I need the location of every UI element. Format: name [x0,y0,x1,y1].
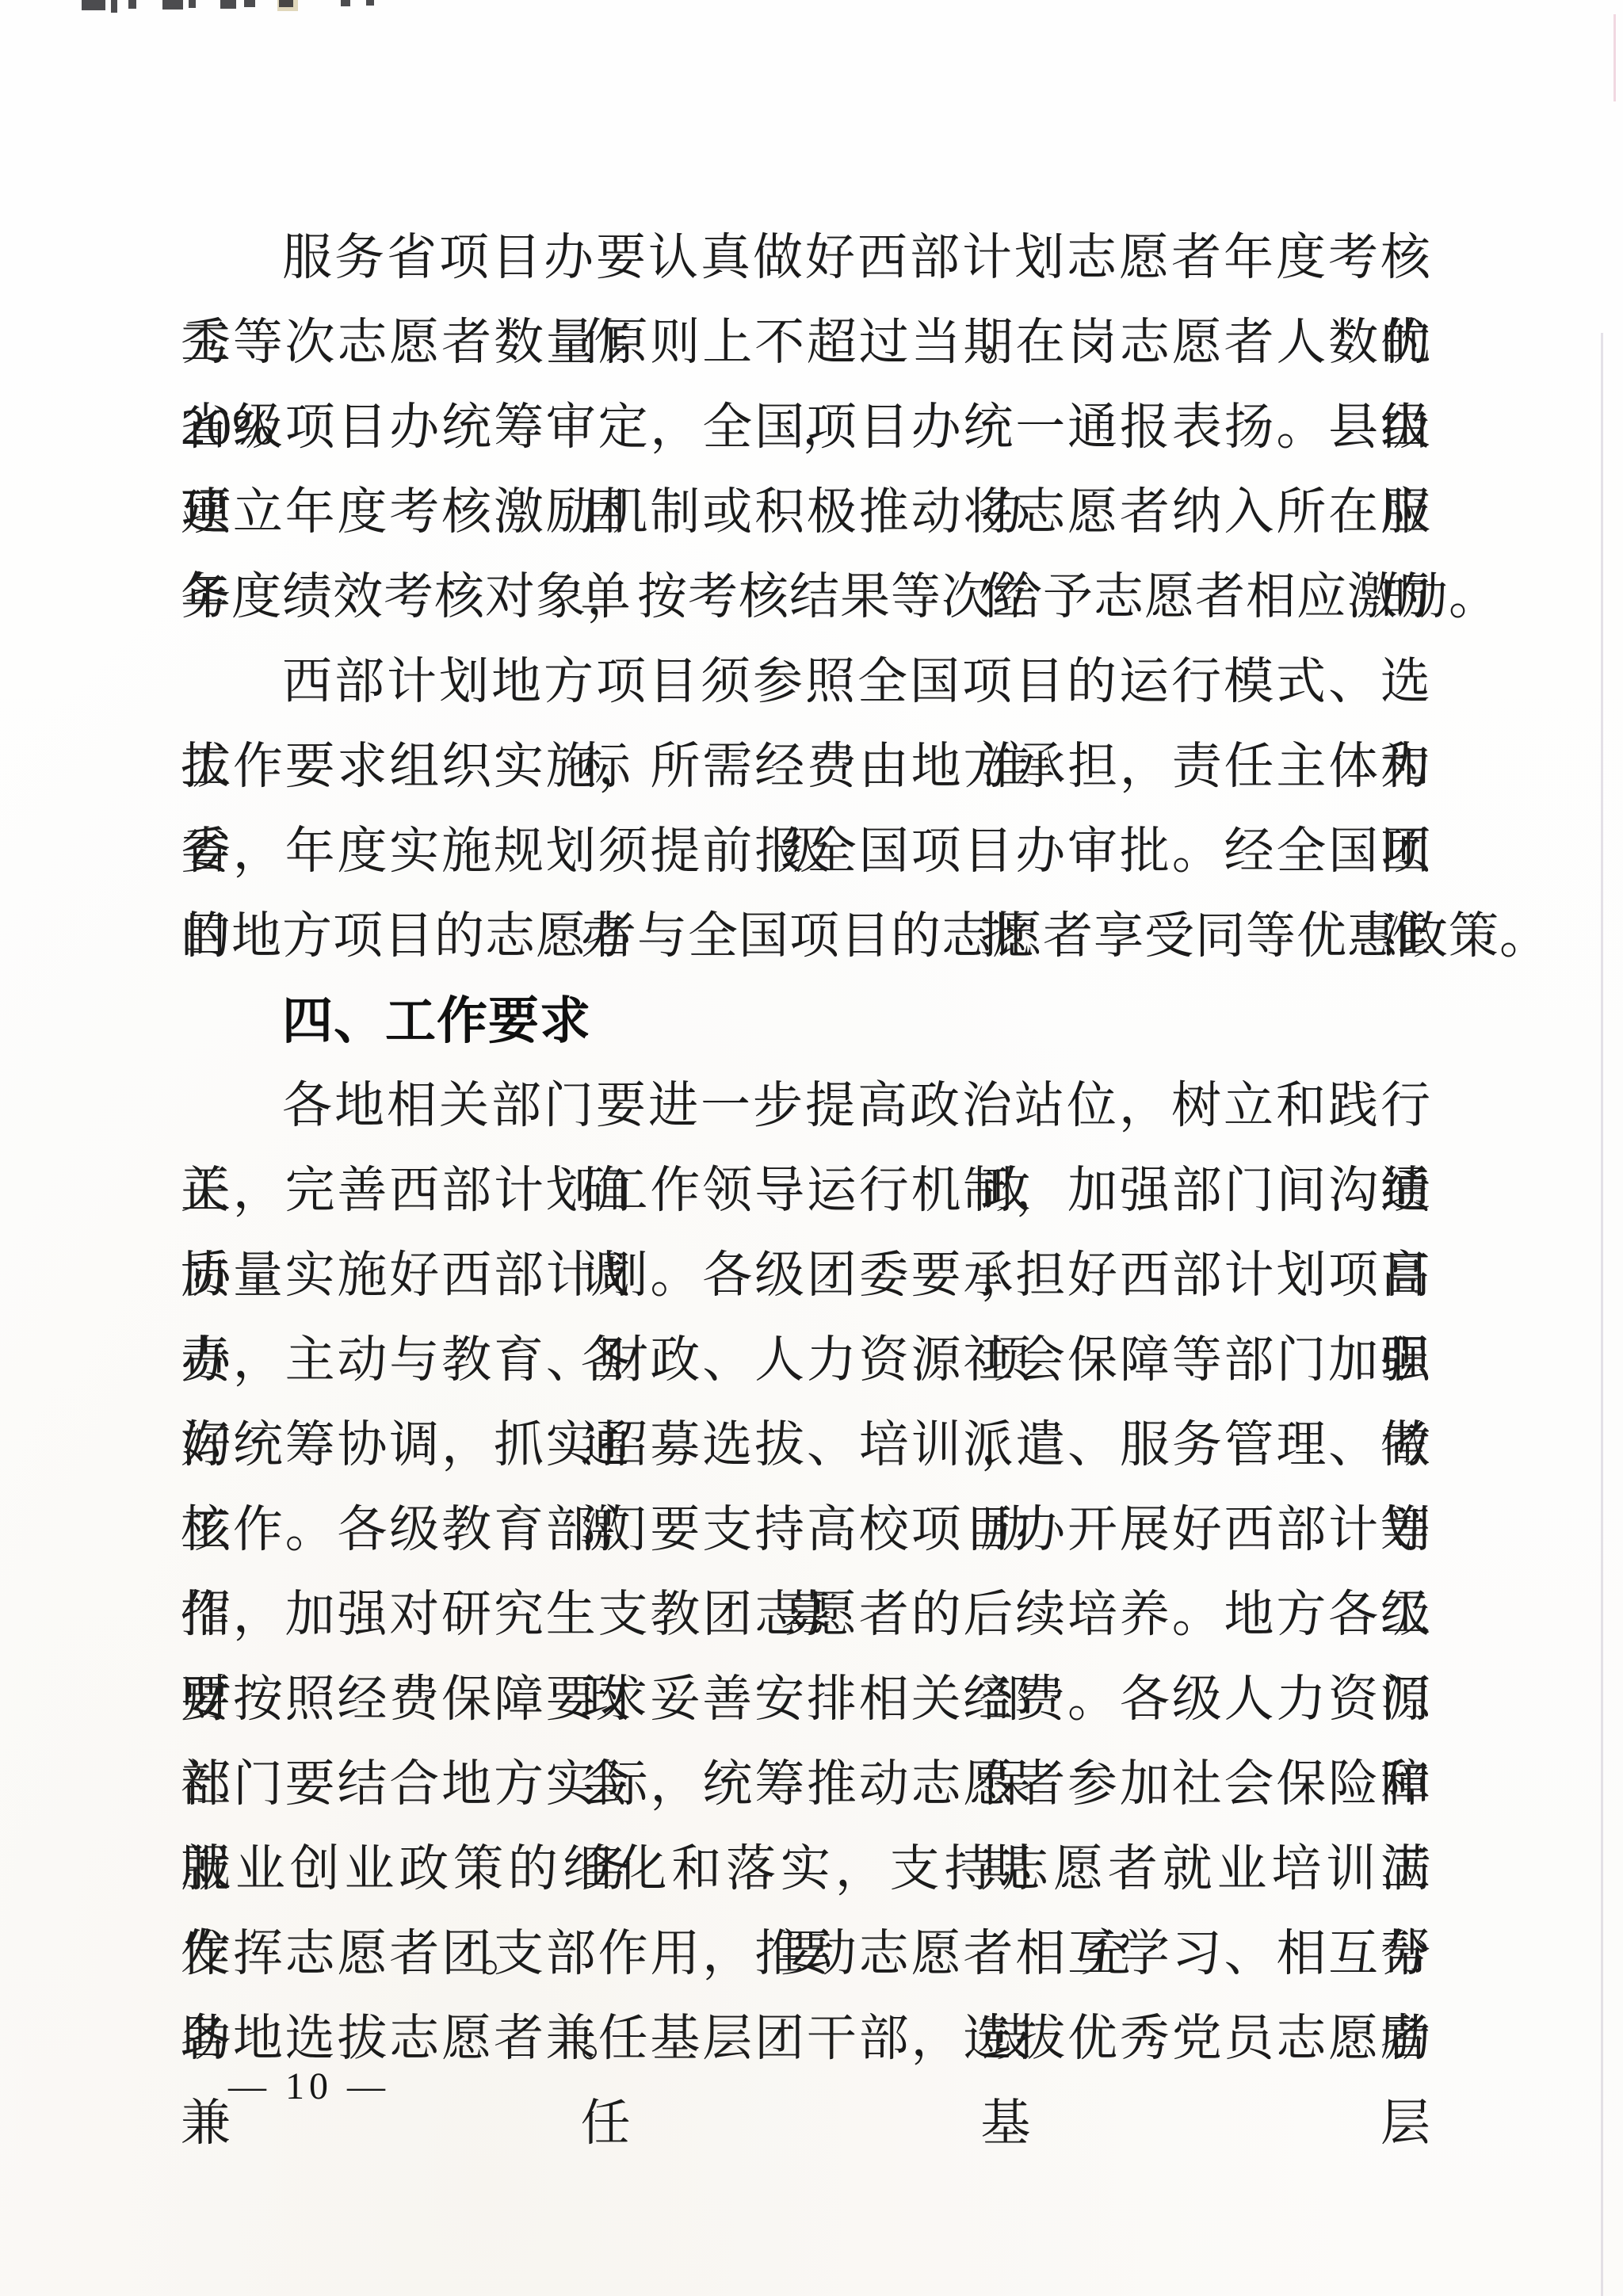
text-line: 省级项目办统筹审定，全国项目办统一通报表扬。县级项目办应 [181,385,1431,470]
text-line: 发挥志愿者团支部作用，推动志愿者相互学习、相互帮助。鼓励 [181,1912,1431,1996]
scan-edge-line [1613,14,1616,101]
text-line: 委，年度实施规划须提前报全国项目办审批。经全国项目办批准 [181,809,1431,894]
text-line: 好统筹协调，抓实招募选拔、培训派遣、服务管理、考核激励等 [181,1403,1431,1488]
text-line: 服务省项目办要认真做好西部计划志愿者年度考核工作。优 [181,216,1431,300]
scan-artifact [279,0,293,7]
text-line: 关，完善西部计划工作领导运行机制，加强部门间沟通协调，高 [181,1148,1431,1233]
text-line: 秀等次志愿者数量原则上不超过当期在岗志愿者人数的 20%，由 [181,300,1431,385]
text-line: 质量实施好西部计划。各级团委要承担好西部计划项目办各项职 [181,1233,1431,1318]
text-line: 西部计划地方项目须参照全国项目的运行模式、选拔标准和 [181,640,1431,724]
document-body: 服务省项目办要认真做好西部计划志愿者年度考核工作。优秀等次志愿者数量原则上不超过… [181,216,1431,2081]
scanned-document-page: 服务省项目办要认真做好西部计划志愿者年度考核工作。优秀等次志愿者数量原则上不超过… [0,0,1623,2296]
scan-artifact [244,0,255,7]
text-line: 的地方项目的志愿者与全国项目的志愿者享受同等优惠政策。 [181,894,1431,979]
scan-artifact [189,0,196,8]
section-heading: 四、工作要求 [181,979,1431,1064]
text-line: 要按照经费保障要求妥善安排相关经费。各级人力资源社会保障 [181,1657,1431,1742]
scan-artifact [162,0,183,10]
scan-artifact [128,0,136,9]
scan-artifact [220,0,236,9]
text-line: 责，主动与教育、财政、人力资源社会保障等部门加强沟通，做 [181,1318,1431,1403]
scan-artifact [366,0,374,6]
text-line: 部门要结合地方实际，统筹推动志愿者参加社会保险和服务期满 [181,1742,1431,1827]
scan-artifact [111,0,117,13]
page-number: — 10 — [228,2059,390,2115]
text-line: 各地相关部门要进一步提高政治站位，树立和践行正确政绩 [181,1064,1431,1148]
scan-artifact [341,0,350,6]
scan-edge-line [1601,333,1603,2296]
scan-artifact [82,0,105,10]
text-line: 作，加强对研究生支教团志愿者的后续培养。地方各级财政部门 [181,1572,1431,1657]
text-line: 就业创业政策的细化和落实，支持志愿者就业培训工作。要充分 [181,1827,1431,1912]
text-line: 年度绩效考核对象，按考核结果等次给予志愿者相应激励。 [181,555,1431,640]
text-line: 建立年度考核激励机制或积极推动将志愿者纳入所在服务单位的 [181,470,1431,555]
text-line: 工作。各级教育部门要支持高校项目办开展好西部计划招募工 [181,1488,1431,1572]
text-line: 工作要求组织实施，所需经费由地方承担，责任主体为省级团 [181,724,1431,809]
